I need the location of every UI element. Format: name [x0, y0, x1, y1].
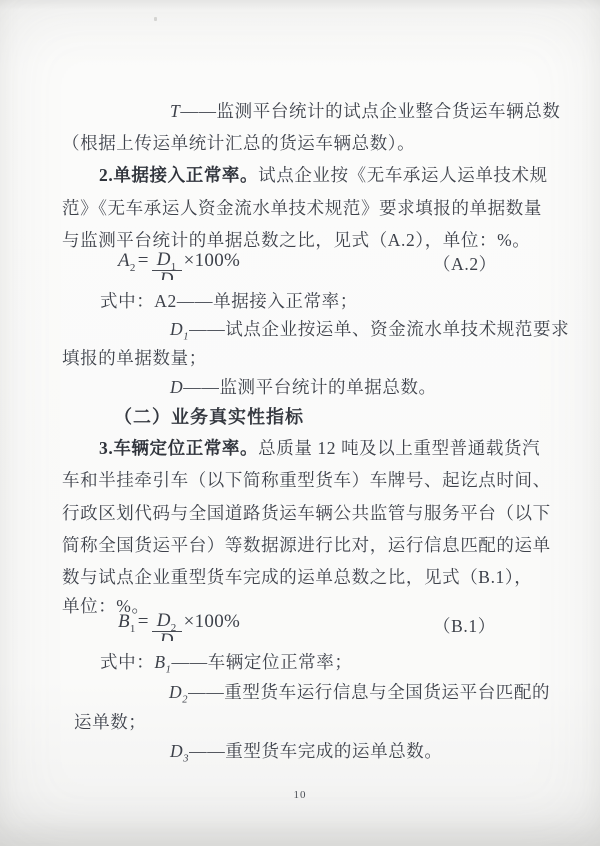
formula-b1-equals: =	[138, 611, 149, 633]
para-3-line-1: 3.车辆定位正常率。总质量 12 吨及以上重型普通载货汽	[99, 437, 540, 460]
def-line-T-cont: （根据上传运单统计汇总的货运车辆总数）。	[62, 132, 415, 155]
var-T: T	[170, 101, 180, 121]
def-line-D3-text: ——重型货车完成的运单总数。	[189, 741, 442, 761]
para-3-line-3: 行政区划代码与全国道路货运车辆公共监管与服务平台（以下	[62, 502, 551, 525]
formula-b1-denominator: D	[160, 632, 174, 641]
var-D1: D	[170, 319, 183, 339]
scan-artifact-speck	[154, 17, 157, 21]
def-line-D1: D1——试点企业按运单、资金流水单技术规范要求	[170, 318, 569, 341]
para-2-line-2: 范》《无车承运人资金流水单技术规范》要求填报的单据数量	[62, 197, 542, 220]
para-3-line-4: 简称全国货运平台）等数据源进行比对，运行信息匹配的运单	[62, 534, 551, 557]
formula-b1-numerator: D2	[152, 611, 182, 632]
def-line-T-text: ——监测平台统计的试点企业整合货运车辆总数	[180, 101, 560, 121]
formula-b1-lhs: B1	[118, 611, 136, 633]
formula-b1: B1 = D2 D ×100%	[118, 607, 240, 637]
page-number: 10	[0, 789, 600, 801]
formula-a2: A2 = D1 D ×100%	[118, 246, 240, 276]
para-2-line-1: 2.单据接入正常率。试点企业按《无车承运人运单技术规	[99, 164, 548, 187]
def-line-D1-text: ——试点企业按运单、资金流水单技术规范要求	[189, 319, 569, 339]
def-line-D2-cont: 运单数；	[74, 711, 146, 734]
def-line-D-text: ——监测平台统计的单据总数。	[183, 377, 436, 397]
var-D: D	[170, 377, 183, 397]
b1-where-pre: 式中：	[100, 652, 154, 672]
para-3-rest: 总质量 12 吨及以上重型普通载货汽	[258, 438, 540, 458]
a2-where-line: 式中：A2——单据接入正常率；	[100, 290, 358, 313]
formula-a2-label: （A.2）	[433, 253, 497, 276]
var-B1: B	[154, 652, 165, 672]
para-2-heading: 2.单据接入正常率。	[99, 165, 258, 185]
formula-a2-mult: ×100%	[184, 250, 241, 272]
def-line-D2: D2——重型货车运行信息与全国货运平台匹配的	[169, 681, 550, 704]
para-3-line-2: 车和半挂牵引车（以下简称重型货车）车牌号、起讫点时间、	[62, 469, 551, 492]
para-2-rest: 试点企业按《无车承运人运单技术规	[258, 165, 548, 185]
section-2-heading: （二）业务真实性指标	[114, 406, 304, 429]
def-line-D3: D3——重型货车完成的运单总数。	[170, 740, 443, 763]
para-3-heading: 3.车辆定位正常率。	[99, 438, 258, 458]
formula-a2-numerator: D1	[152, 250, 182, 271]
var-D2: D	[169, 682, 182, 702]
formula-b1-mult: ×100%	[184, 611, 241, 633]
def-line-D1-cont: 填报的单据数量；	[62, 347, 207, 370]
formula-a2-lhs: A2	[118, 250, 136, 272]
formula-b1-fraction: D2 D	[152, 611, 182, 641]
formula-b1-label: （B.1）	[433, 615, 496, 638]
var-D3: D	[170, 741, 183, 761]
b1-where-line: 式中：B1——车辆定位正常率；	[100, 651, 352, 674]
document-page: T——监测平台统计的试点企业整合货运车辆总数 （根据上传运单统计汇总的货运车辆总…	[0, 0, 600, 846]
b1-where-text: ——车辆定位正常率；	[171, 652, 352, 672]
formula-a2-equals: =	[138, 250, 149, 272]
para-3-line-5: 数与试点企业重型货车完成的运单总数之比，见式（B.1），	[62, 566, 532, 589]
formula-a2-fraction: D1 D	[152, 250, 182, 280]
formula-a2-denominator: D	[160, 271, 174, 280]
def-line-D2-text: ——重型货车运行信息与全国货运平台匹配的	[188, 682, 550, 702]
def-line-D: D——监测平台统计的单据总数。	[170, 376, 437, 399]
def-line-T: T——监测平台统计的试点企业整合货运车辆总数	[170, 100, 560, 123]
